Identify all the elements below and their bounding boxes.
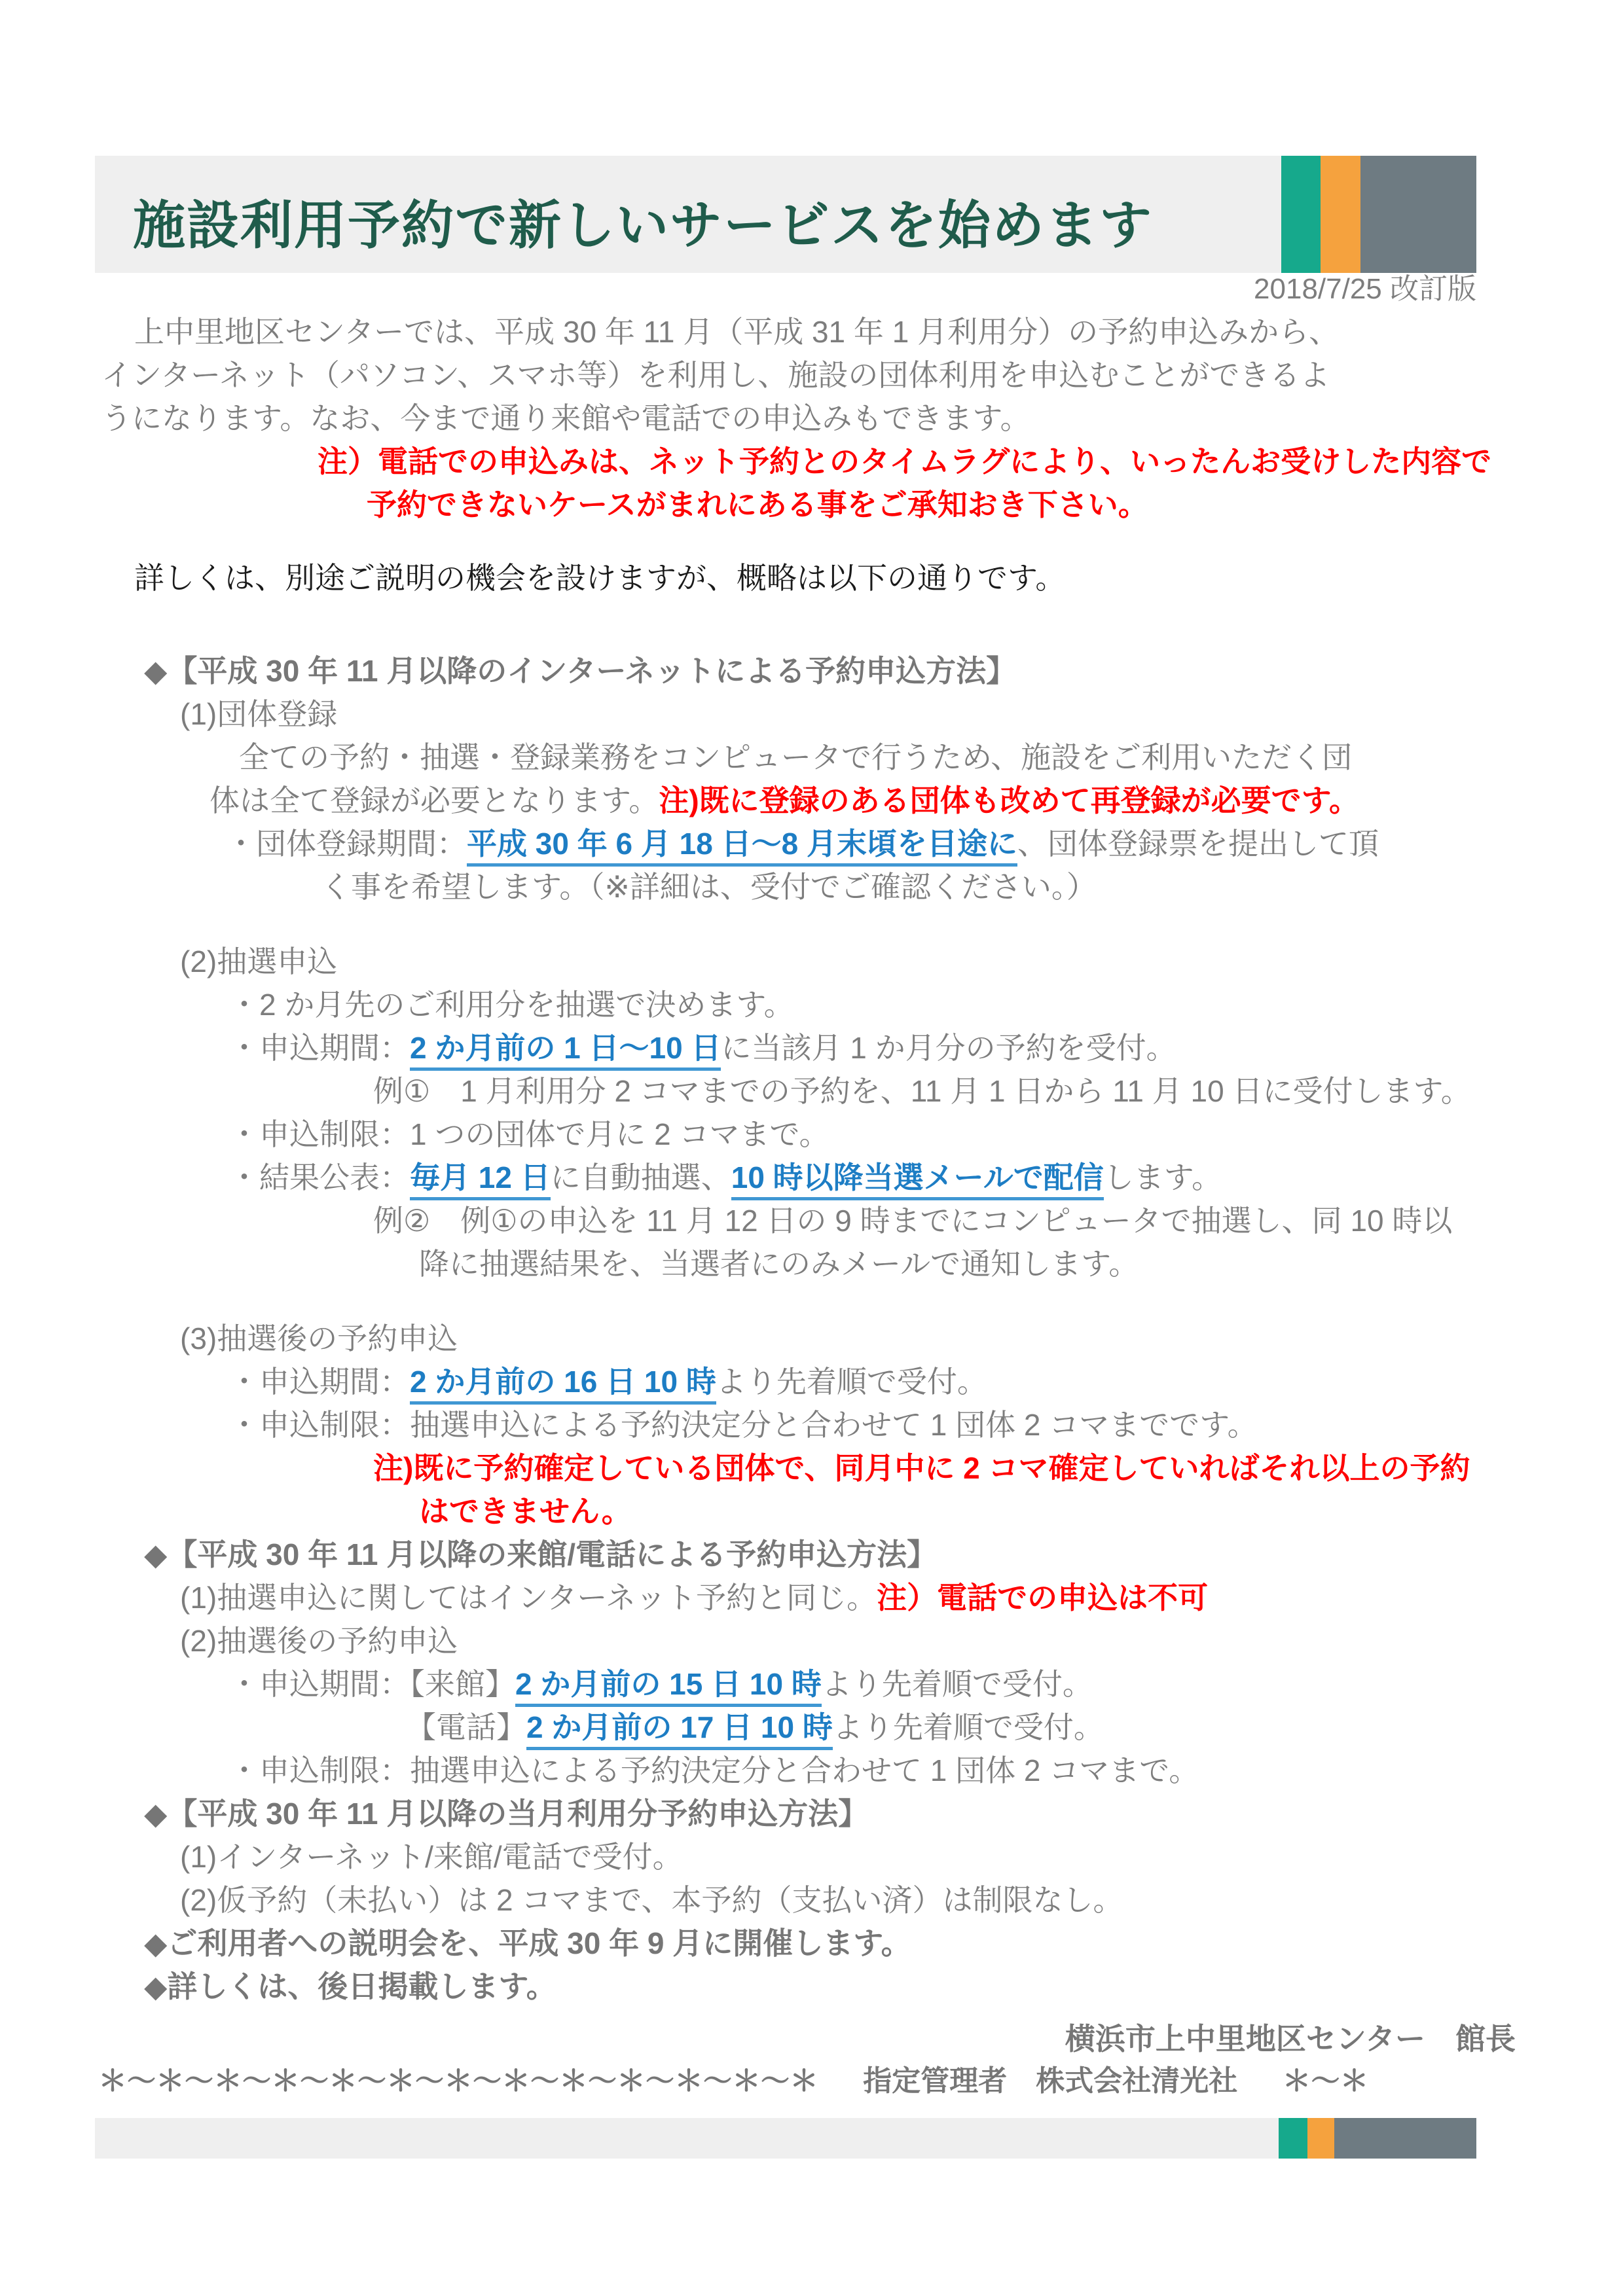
text-line: 例① 1 月利用分 2 コマまでの予約を、11 月 1 日から 11 月 10 …	[98, 1069, 1578, 1113]
text-line: ・申込期間：2 か月前の 16 日 10 時より先着順で受付。	[98, 1360, 1578, 1403]
text-line: (1)抽選申込に関してはインターネット予約と同じ。注）電話での申込は不可	[98, 1576, 1578, 1619]
highlighted-date-text: 平成 30 年 6 月 18 日～8 月末頃を目途に	[467, 827, 1017, 867]
highlighted-date-text: 毎月 12 日	[410, 1160, 551, 1200]
text-line: (2)仮予約（未払い）は 2 コマまで、本予約（支払い済）は制限なし。	[98, 1878, 1578, 1922]
footer-line: ＊～＊～＊～＊～＊～＊～＊～＊～＊～＊～＊～＊～＊ 指定管理者 株式会社清光社 …	[98, 2063, 1480, 2100]
footer-decoration-right: ＊～＊	[1282, 2065, 1368, 2097]
document-body: 上中里地区センターでは、平成 30 年 11 月（平成 31 年 1 月利用分）…	[98, 310, 1578, 2060]
signature-line: 横浜市上中里地区センター 館長	[98, 2017, 1578, 2060]
text-segment: うになります。なお、今まで通り来館や電話での申込みもできます。	[101, 401, 1030, 435]
text-line: 全ての予約・抽選・登録業務をコンピュータで行うため、施設をご利用いただく団	[98, 736, 1578, 779]
header-accent-bar-slate	[1360, 156, 1476, 273]
text-segment: (3)抽選後の予約申込	[180, 1321, 458, 1355]
text-segment: ・団体登録期間：	[226, 827, 467, 861]
text-segment: 体は全て登録が必要となります。	[210, 783, 659, 817]
text-segment: ・申込制限：1 つの団体で月に 2 コマまで。	[229, 1117, 830, 1151]
header-accent-bar-orange	[1321, 156, 1360, 273]
text-segment: ◆ご利用者への説明会を、平成 30 年 9 月に開催します。	[144, 1926, 911, 1960]
section-heading-visit-phone: ◆【平成 30 年 11 月以降の来館/電話による予約申込方法】	[98, 1533, 1578, 1576]
text-line: (1)インターネット/来館/電話で受付。	[98, 1835, 1578, 1878]
text-segment: ・申込期間：	[229, 1365, 410, 1399]
text-line: ・結果公表：毎月 12 日に自動抽選、10 時以降当選メールで配信します。	[98, 1156, 1578, 1199]
text-segment: 例① 1 月利用分 2 コマまでの予約を、11 月 1 日から 11 月 10 …	[373, 1074, 1471, 1108]
text-line: く事を希望します。（※詳細は、受付でご確認ください。）	[98, 865, 1578, 908]
text-segment: (1)団体登録	[180, 697, 337, 731]
text-segment: 全ての予約・抽選・登録業務をコンピュータで行うため、施設をご利用いただく団	[239, 740, 1352, 774]
text-segment: ◆【平成 30 年 11 月以降のインターネットによる予約申込方法】	[144, 654, 1016, 688]
text-segment: (2)抽選申込	[180, 944, 337, 978]
footer-decoration-left: ＊～＊～＊～＊～＊～＊～＊～＊～＊～＊～＊～＊～＊	[98, 2065, 818, 2097]
header-accent-bar-teal	[1281, 156, 1321, 273]
highlighted-date-text: 10 時以降当選メールで配信	[731, 1160, 1104, 1200]
highlighted-date-text: 2 か月前の 16 日 10 時	[410, 1365, 716, 1405]
text-line: 予約できないケースがまれにある事をご承知おき下さい。	[98, 483, 1578, 526]
text-segment: 降に抽選結果を、当選者にのみメールで通知します。	[419, 1247, 1139, 1281]
text-line: (2)抽選後の予約申込	[98, 1619, 1578, 1662]
text-segment: く事を希望します。（※詳細は、受付でご確認ください。）	[321, 870, 1097, 904]
section-heading-current-month: ◆【平成 30 年 11 月以降の当月利用分予約申込方法】	[98, 1792, 1578, 1835]
text-segment: (1)インターネット/来館/電話で受付。	[180, 1840, 683, 1874]
footer-accent-bar-slate	[1334, 2118, 1476, 2159]
text-segment: 上中里地区センターでは、平成 30 年 11 月（平成 31 年 1 月利用分）…	[134, 315, 1339, 349]
text-line: ・申込期間：【来館】2 か月前の 15 日 10 時より先着順で受付。	[98, 1662, 1578, 1706]
text-line: ・申込制限：抽選申込による予約決定分と合わせて 1 団体 2 コマまで。	[98, 1749, 1578, 1792]
section-heading-internet: ◆【平成 30 年 11 月以降のインターネットによる予約申込方法】	[98, 649, 1578, 692]
text-segment: 注）電話での申込は不可	[877, 1581, 1208, 1615]
footer-accent-bar-orange	[1307, 2118, 1334, 2159]
text-line: (3)抽選後の予約申込	[98, 1317, 1578, 1360]
text-line: はできません。	[98, 1490, 1578, 1533]
text-segment: (1)抽選申込に関してはインターネット予約と同じ。	[180, 1581, 877, 1615]
text-line: うになります。なお、今まで通り来館や電話での申込みもできます。	[98, 397, 1578, 440]
text-line: 【電話】2 か月前の 17 日 10 時より先着順で受付。	[98, 1706, 1578, 1749]
text-segment: より先着順で受付。	[833, 1710, 1104, 1744]
text-line: 例② 例①の申込を 11 月 12 日の 9 時までにコンピュータで抽選し、同 …	[98, 1199, 1578, 1242]
text-segment: 注）電話での申込みは、ネット予約とのタイムラグにより、いったんお受けした内容で	[318, 444, 1491, 478]
text-line: ・団体登録期間：平成 30 年 6 月 18 日～8 月末頃を目途に、団体登録票…	[98, 822, 1578, 865]
text-line: 注）電話での申込みは、ネット予約とのタイムラグにより、いったんお受けした内容で	[98, 440, 1578, 483]
text-segment: ・申込制限：抽選申込による予約決定分と合わせて 1 団体 2 コマまでです。	[229, 1408, 1258, 1442]
document-page: 施設利用予約で新しいサービスを始めます 2018/7/25 改訂版 上中里地区セ…	[0, 0, 1623, 2296]
text-line: ・2 か月先のご利用分を抽選で決めます。	[98, 983, 1578, 1026]
text-segment: 【電話】	[406, 1710, 526, 1744]
text-segment: に自動抽選、	[551, 1160, 731, 1194]
text-line: 降に抽選結果を、当選者にのみメールで通知します。	[98, 1242, 1578, 1285]
text-segment: ◆【平成 30 年 11 月以降の当月利用分予約申込方法】	[144, 1797, 868, 1831]
text-line: (1)団体登録	[98, 692, 1578, 736]
text-line: インターネット（パソコン、スマホ等）を利用し、施設の団体利用を申込むことができる…	[98, 353, 1578, 397]
text-segment: ・申込期間：【来館】	[229, 1667, 515, 1701]
text-line: ◆ご利用者への説明会を、平成 30 年 9 月に開催します。	[98, 1922, 1578, 1965]
text-segment: ・2 か月先のご利用分を抽選で決めます。	[229, 988, 794, 1022]
text-line: ・申込制限：抽選申込による予約決定分と合わせて 1 団体 2 コマまでです。	[98, 1403, 1578, 1446]
text-segment: (2)仮予約（未払い）は 2 コマまで、本予約（支払い済）は制限なし。	[180, 1883, 1123, 1917]
text-segment: 予約できないケースがまれにある事をご承知おき下さい。	[367, 488, 1148, 522]
text-segment: に当該月 1 か月分の予約を受付。	[721, 1031, 1176, 1065]
highlighted-date-text: 2 か月前の 17 日 10 時	[526, 1710, 833, 1750]
text-segment: ◆【平成 30 年 11 月以降の来館/電話による予約申込方法】	[144, 1537, 937, 1571]
page-title: 施設利用予約で新しいサービスを始めます	[95, 156, 1476, 259]
text-segment: インターネット（パソコン、スマホ等）を利用し、施設の団体利用を申込むことができる…	[101, 358, 1330, 392]
footer-manager: 指定管理者 株式会社清光社	[863, 2065, 1237, 2097]
text-line: 詳しくは、別途ご説明の機会を設けますが、概略は以下の通りです。	[98, 556, 1578, 600]
text-segment: ・結果公表：	[229, 1160, 410, 1194]
text-segment: はできません。	[419, 1494, 632, 1528]
text-segment: より先着順で受付。	[716, 1365, 987, 1399]
text-segment: 注)既に登録のある団体も改めて再登録が必要です。	[659, 783, 1359, 817]
highlighted-date-text: 2 か月前の 15 日 10 時	[515, 1667, 822, 1707]
text-line: ・申込期間：2 か月前の 1 日～10 日に当該月 1 か月分の予約を受付。	[98, 1026, 1578, 1069]
text-segment: 詳しくは、別途ご説明の機会を設けますが、概略は以下の通りです。	[134, 561, 1065, 595]
text-segment: ◆詳しくは、後日掲載します。	[144, 1969, 556, 2003]
text-line: 上中里地区センターでは、平成 30 年 11 月（平成 31 年 1 月利用分）…	[98, 310, 1578, 353]
footer-band	[95, 2118, 1476, 2159]
text-segment: 、団体登録票を提出して頂	[1017, 827, 1379, 861]
text-line: ◆詳しくは、後日掲載します。	[98, 1965, 1578, 2008]
text-line: ・申込制限：1 つの団体で月に 2 コマまで。	[98, 1113, 1578, 1156]
text-segment: 例② 例①の申込を 11 月 12 日の 9 時までにコンピュータで抽選し、同 …	[373, 1204, 1452, 1238]
text-segment: 注)既に予約確定している団体で、同月中に 2 コマ確定していればそれ以上の予約	[373, 1451, 1470, 1485]
text-segment: 横浜市上中里地区センター 館長	[1065, 2022, 1516, 2056]
text-segment: ・申込制限：抽選申込による予約決定分と合わせて 1 団体 2 コマまで。	[229, 1753, 1199, 1787]
text-line: (2)抽選申込	[98, 940, 1578, 983]
footer-accent-bar-teal	[1279, 2118, 1307, 2159]
highlighted-date-text: 2 か月前の 1 日～10 日	[410, 1031, 721, 1071]
text-line: 体は全て登録が必要となります。注)既に登録のある団体も改めて再登録が必要です。	[98, 779, 1578, 822]
text-segment: より先着順で受付。	[822, 1667, 1093, 1701]
text-segment: します。	[1104, 1160, 1222, 1194]
text-segment: ・申込期間：	[229, 1031, 410, 1065]
text-segment: (2)抽選後の予約申込	[180, 1624, 458, 1658]
header-band: 施設利用予約で新しいサービスを始めます	[95, 156, 1476, 273]
revision-date: 2018/7/25 改訂版	[98, 271, 1476, 308]
text-line: 注)既に予約確定している団体で、同月中に 2 コマ確定していればそれ以上の予約	[98, 1446, 1578, 1490]
